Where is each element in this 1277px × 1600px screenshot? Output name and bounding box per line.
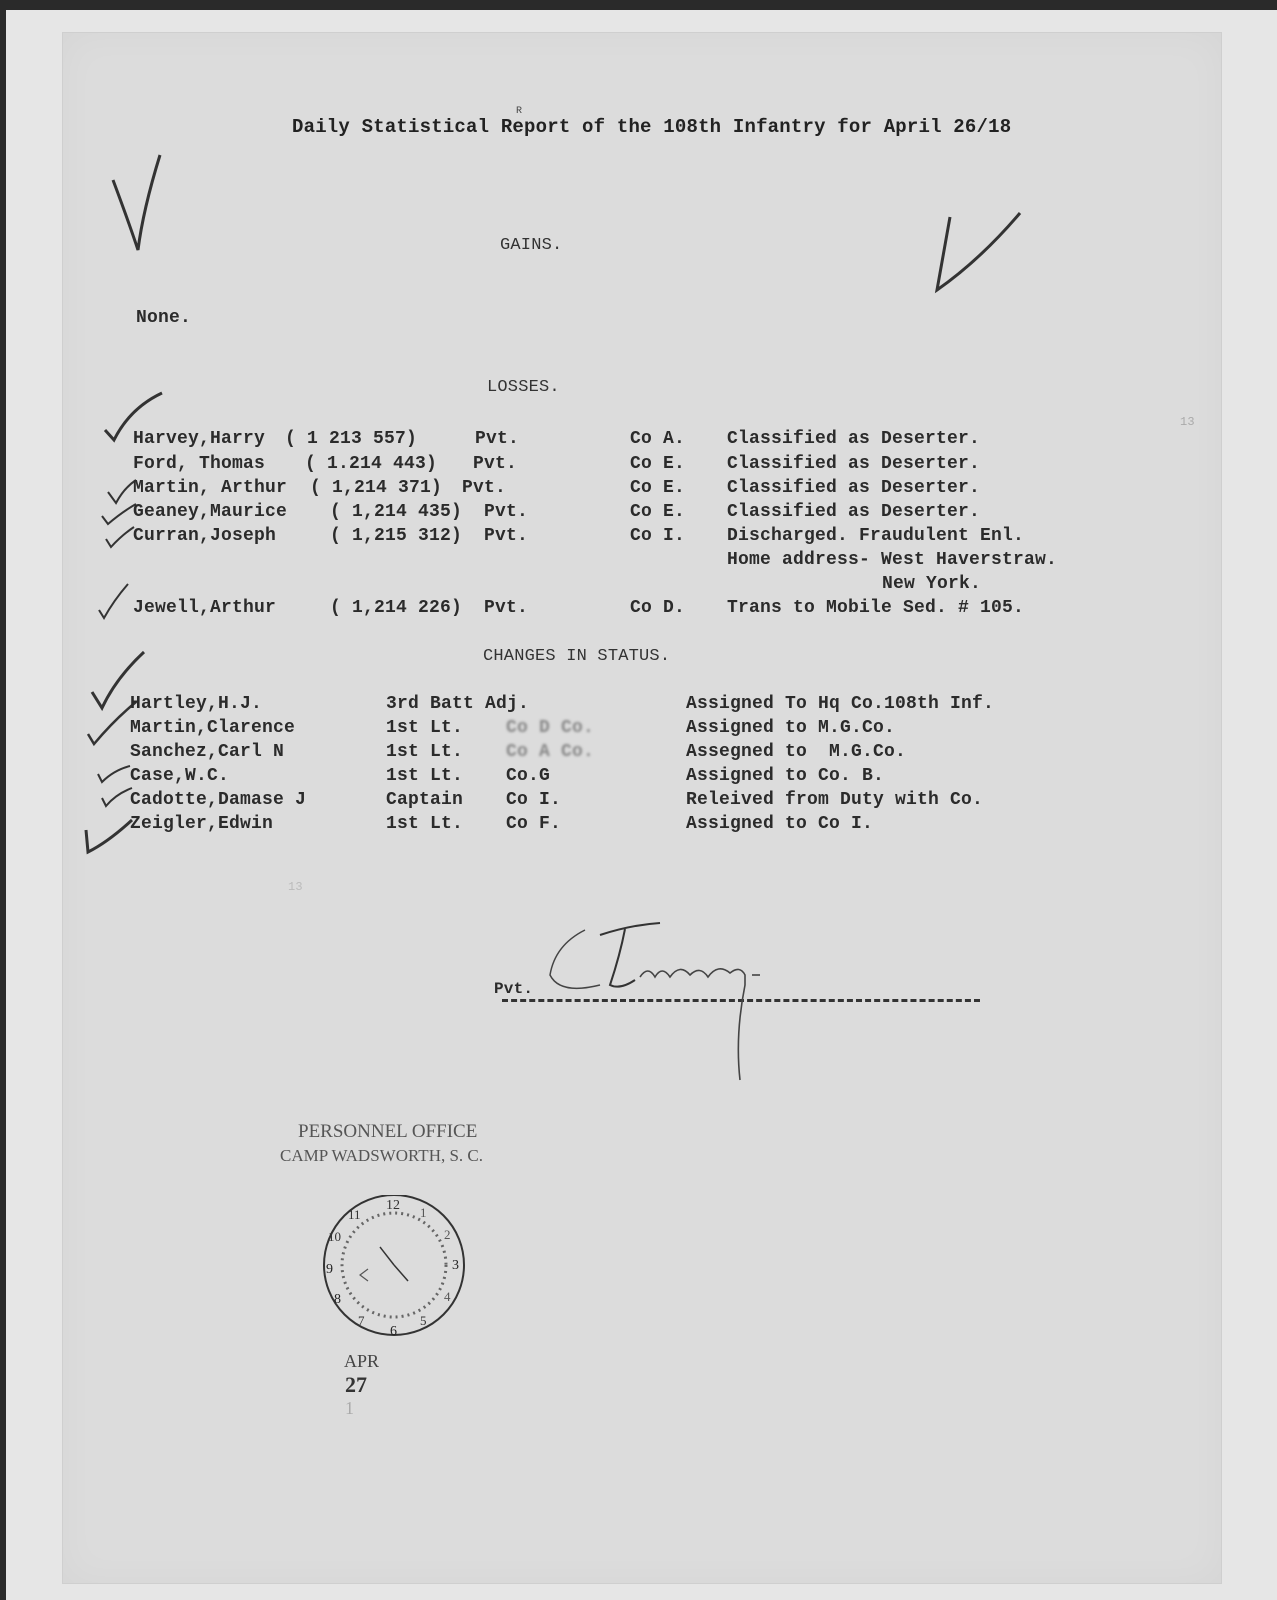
status-rank: Captain (386, 790, 463, 810)
page-number-left: 13 (288, 880, 303, 894)
loss-serial: ( 1,214 435) (330, 502, 462, 522)
loss-company: Co A. (630, 429, 685, 449)
loss-name: Geaney,Maurice (133, 502, 287, 522)
svg-text:12: 12 (386, 1198, 400, 1213)
page-number-right: 13 (1180, 415, 1195, 429)
scan-border-top (0, 0, 1277, 10)
loss-serial: ( 1.214 443) (305, 454, 437, 474)
status-name: Zeigler,Edwin (130, 814, 273, 834)
svg-text:9: 9 (326, 1262, 333, 1277)
checkmark-icon (108, 150, 168, 260)
stamp-date: APR 27 1 (336, 1330, 379, 1419)
loss-rank: Pvt. (484, 598, 528, 618)
status-name: Case,W.C. (130, 766, 229, 786)
loss-company: Co D. (630, 598, 685, 618)
loss-rank: Pvt. (462, 478, 506, 498)
status-rank: 1st Lt. (386, 766, 463, 786)
status-action: Assigned to M.G.Co. (686, 718, 895, 738)
loss-name: Curran,Joseph (133, 526, 276, 546)
loss-serial: ( 1,215 312) (330, 526, 462, 546)
status-rank: 1st Lt. (386, 742, 463, 762)
svg-text:3: 3 (452, 1258, 459, 1273)
scan-border-left (0, 0, 6, 1600)
status-name: Cadotte,Damase J (130, 790, 306, 810)
stamp-date-month: APR (344, 1351, 379, 1371)
changes-in-status-heading: CHANGES IN STATUS. (483, 647, 670, 666)
loss-action: Trans to Mobile Sed. # 105. (727, 598, 1024, 618)
stamp-camp-line: CAMP WADSWORTH, S. C. (280, 1146, 483, 1166)
status-company: Co D Co. (506, 718, 594, 738)
status-company: Co.G (506, 766, 550, 786)
status-rank: 1st Lt. (386, 718, 463, 738)
signature-icon: Tierney (540, 915, 830, 1085)
loss-rank: Pvt. (484, 502, 528, 522)
status-name: Sanchez,Carl N (130, 742, 284, 762)
checkmark-icon (96, 582, 136, 624)
clock-stamp-icon: 12 1 2 3 4 5 6 7 8 9 10 11 (320, 1195, 470, 1345)
status-name: Hartley,H.J. (130, 694, 262, 714)
status-company: Co A Co. (506, 742, 594, 762)
svg-text:4: 4 (444, 1289, 451, 1304)
loss-action: Classified as Deserter. (727, 478, 980, 498)
loss-name: Harvey,Harry (133, 429, 265, 449)
loss-serial: ( 1 213 557) (285, 429, 417, 449)
loss-rank: Pvt. (484, 526, 528, 546)
loss-company: Co I. (630, 526, 685, 546)
loss-serial: ( 1,214 371) (310, 478, 442, 498)
status-company: Co F. (506, 814, 561, 834)
status-action: Releived from Duty with Co. (686, 790, 983, 810)
svg-text:6: 6 (390, 1324, 397, 1339)
status-action: Assegned to M.G.Co. (686, 742, 906, 762)
loss-name: Ford, Thomas (133, 454, 265, 474)
loss-name: Martin, Arthur (133, 478, 287, 498)
losses-heading: LOSSES. (487, 378, 560, 397)
gains-heading: GAINS. (500, 236, 562, 255)
title-correction-mark: R (516, 106, 522, 117)
loss-company: Co E. (630, 478, 685, 498)
status-name: Martin,Clarence (130, 718, 295, 738)
loss-name: Jewell,Arthur (133, 598, 276, 618)
status-rank: 1st Lt. (386, 814, 463, 834)
svg-text:11: 11 (348, 1207, 361, 1222)
gains-none-text: None. (136, 308, 191, 328)
loss-action: Classified as Deserter. (727, 502, 980, 522)
svg-text:8: 8 (334, 1292, 341, 1307)
loss-rank: Pvt. (475, 429, 519, 449)
svg-text:2: 2 (444, 1227, 451, 1242)
loss-company: Co E. (630, 454, 685, 474)
status-company: Co I. (506, 790, 561, 810)
loss-action-address-state: New York. (882, 574, 981, 594)
stamp-office-line: PERSONNEL OFFICE (298, 1121, 477, 1143)
signature-prefix: Pvt. (494, 980, 533, 998)
status-action: Assigned to Co. B. (686, 766, 884, 786)
svg-text:7: 7 (358, 1313, 365, 1328)
svg-text:1: 1 (420, 1205, 427, 1220)
svg-text:10: 10 (328, 1229, 341, 1244)
loss-action: Classified as Deserter. (727, 429, 980, 449)
stamp-date-year: 1 (345, 1398, 354, 1418)
document-title: Daily Statistical Report of the 108th In… (292, 116, 1011, 138)
loss-serial: ( 1,214 226) (330, 598, 462, 618)
checkmark-icon (930, 205, 1030, 300)
loss-action-address: Home address- West Haverstraw. (727, 550, 1057, 570)
status-action: Assigned To Hq Co.108th Inf. (686, 694, 994, 714)
status-rank: 3rd Batt Adj. (386, 694, 529, 714)
svg-text:5: 5 (420, 1313, 427, 1328)
stamp-date-day: 27 (345, 1372, 367, 1397)
loss-action: Discharged. Fraudulent Enl. (727, 526, 1024, 546)
loss-action: Classified as Deserter. (727, 454, 980, 474)
status-action: Assigned to Co I. (686, 814, 873, 834)
loss-company: Co E. (630, 502, 685, 522)
loss-rank: Pvt. (473, 454, 517, 474)
checkmark-icon (80, 812, 136, 858)
